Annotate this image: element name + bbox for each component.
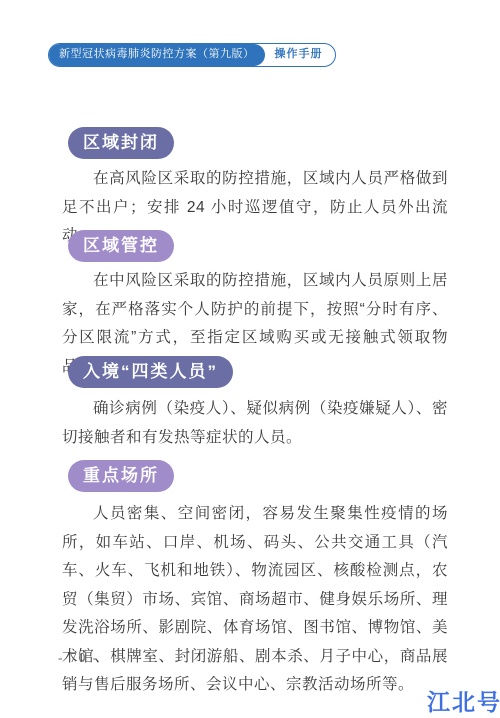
document-subtitle-tag: 操作手册 [265,44,335,66]
watermark-label: 江北号 [427,684,500,717]
section-badge-area-control: 区域管控 [68,230,174,262]
page-number: - 70 - [58,650,99,666]
section-badge-key-places: 重点场所 [68,460,174,492]
section-badge-entry-four-categories: 入境“四类人员” [68,356,233,388]
document-page: 新型冠状病毒肺炎防控方案（第九版） 操作手册 区域封闭 在高风险区采取的防控措施… [0,0,500,718]
document-title: 新型冠状病毒肺炎防控方案（第九版） [49,44,265,66]
section-body-entry-four-categories: 确诊病例（染疫人）、疑似病例（染疫嫌疑人）、密切接触者和有发热等症状的人员。 [62,395,448,452]
section-badge-area-closure: 区域封闭 [68,127,174,159]
header-badge: 新型冠状病毒肺炎防控方案（第九版） 操作手册 [48,43,336,67]
section-body-key-places: 人员密集、空间密闭，容易发生聚集性疫情的场所，如车站、口岸、机场、码头、公共交通… [62,500,448,700]
